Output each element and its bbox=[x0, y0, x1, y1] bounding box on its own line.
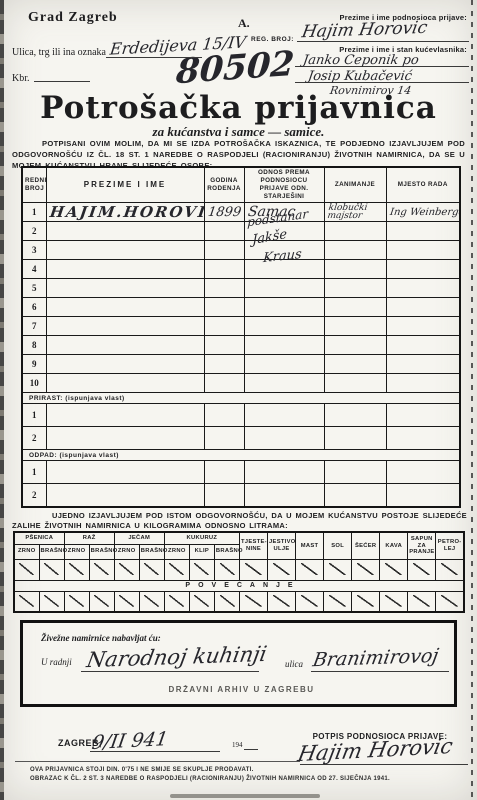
shop-value-handwritten: Narodnoj kuhinji bbox=[85, 642, 269, 672]
person-cell-year bbox=[204, 241, 244, 260]
person-cell-workplace bbox=[386, 298, 460, 317]
stock-slash-cell bbox=[89, 559, 114, 580]
person-row: 2 bbox=[22, 222, 460, 241]
person-cell-year: 1899 bbox=[204, 203, 244, 222]
year-underline bbox=[244, 749, 258, 750]
stock-slash-cell bbox=[164, 559, 189, 580]
house-number-label: Kbr. bbox=[12, 73, 30, 84]
supplies-single-header: ŠEĆER bbox=[352, 532, 380, 559]
person-cell-relation bbox=[244, 279, 324, 298]
stock-slash-cell bbox=[296, 591, 324, 612]
supplies-group-header: PŠENICA bbox=[14, 532, 64, 544]
shop-street-handwritten: Branimirovoj bbox=[311, 645, 440, 672]
odpad-empty-cell bbox=[324, 484, 386, 507]
footer-divider bbox=[15, 761, 300, 762]
col-header-redni-broj: REDNI BROJ bbox=[22, 167, 46, 203]
stock-slash-cell bbox=[408, 591, 436, 612]
person-cell-workplace bbox=[386, 317, 460, 336]
person-year-handwritten: 1899 bbox=[206, 205, 241, 220]
supplies-group-header: JEČAM bbox=[114, 532, 164, 544]
person-cell-relation bbox=[244, 374, 324, 393]
supplies-group-header: KUKURUZ bbox=[164, 532, 239, 544]
person-cell-year bbox=[204, 222, 244, 241]
person-cell-name bbox=[46, 336, 204, 355]
odpad-empty-cell bbox=[244, 461, 324, 484]
landlord-line2-handwritten: Josip Kubačević bbox=[307, 69, 413, 84]
supplies-sub-header: BRAŠNO bbox=[89, 544, 114, 559]
person-workplace-handwritten: Ing Weinberger bbox=[389, 207, 460, 218]
stock-slash-cell bbox=[352, 591, 380, 612]
person-cell-year bbox=[204, 336, 244, 355]
odpad-empty-cell bbox=[46, 461, 204, 484]
stock-slash-cell bbox=[268, 591, 296, 612]
person-cell-occupation bbox=[324, 355, 386, 374]
odpad-empty-cell bbox=[244, 484, 324, 507]
purchase-box: Živežne namirnice nabavljat ću: U radnji… bbox=[20, 620, 457, 707]
fine-print-line1: OVA PRIJAVNICA STOJI DIN. 0'75 I NE SMIJ… bbox=[30, 767, 254, 773]
supplies-single-header: SOL bbox=[324, 532, 352, 559]
supplies-stock-row bbox=[14, 559, 464, 580]
prirast-empty-cell bbox=[46, 404, 204, 427]
stock-slash-cell bbox=[39, 559, 64, 580]
prirast-empty-cell bbox=[386, 404, 460, 427]
stock-slash-cell bbox=[408, 559, 436, 580]
prirast-empty-cell bbox=[386, 427, 460, 450]
supplies-sub-header: BRAŠNO bbox=[139, 544, 164, 559]
person-cell-name bbox=[46, 260, 204, 279]
person-row-number: 10 bbox=[22, 374, 46, 393]
odpad-empty-cell bbox=[204, 484, 244, 507]
stock-slash-cell bbox=[64, 591, 89, 612]
person-row-number: 7 bbox=[22, 317, 46, 336]
person-cell-occupation: klobučki majstor bbox=[324, 203, 386, 222]
supplies-group-header-row: PŠENICARAŽJEČAMKUKURUZTJESTE- NINEJESTIV… bbox=[14, 532, 464, 544]
prirast-row: 2 bbox=[22, 427, 460, 450]
scanned-form-page: Grad Zagreb A. REG. BROJ: 80502 Ulica, t… bbox=[0, 0, 477, 800]
stock-slash-cell bbox=[114, 591, 139, 612]
stock-slash-cell bbox=[296, 559, 324, 580]
stock-slash-cell bbox=[324, 591, 352, 612]
person-row-number: 9 bbox=[22, 355, 46, 374]
shop-street-underline bbox=[311, 671, 449, 672]
persons-header-row: REDNI BROJ PREZIME I IME GODINA RODENJA … bbox=[22, 167, 460, 203]
col-header-prezime-ime: PREZIME I IME bbox=[46, 167, 204, 203]
supplies-single-header: MAST bbox=[296, 532, 324, 559]
person-cell-occupation bbox=[324, 374, 386, 393]
person-row: 9 bbox=[22, 355, 460, 374]
person-cell-occupation bbox=[324, 279, 386, 298]
person-cell-year bbox=[204, 279, 244, 298]
col-header-mjesto-rada: MJESTO RADA bbox=[386, 167, 460, 203]
odpad-empty-cell bbox=[46, 484, 204, 507]
person-row: 6 bbox=[22, 298, 460, 317]
person-cell-workplace bbox=[386, 241, 460, 260]
person-row: 4 bbox=[22, 260, 460, 279]
person-cell-name bbox=[46, 374, 204, 393]
person-row: 8 bbox=[22, 336, 460, 355]
person-cell-occupation bbox=[324, 336, 386, 355]
stock-slash-cell bbox=[114, 559, 139, 580]
person-cell-relation bbox=[244, 336, 324, 355]
stock-slash-cell bbox=[380, 559, 408, 580]
prirast-empty-cell bbox=[324, 404, 386, 427]
povecanje-row: POVEĆANJE bbox=[14, 580, 464, 591]
stock-slash-cell bbox=[89, 591, 114, 612]
fine-print-line2: OBRAZAC K ČL. 2 ST. 3 NAREDBE O RASPODJE… bbox=[30, 776, 390, 782]
person-cell-occupation bbox=[324, 317, 386, 336]
street-label: Ulica, trg ili ina oznaka bbox=[12, 47, 106, 58]
supplies-sub-header: BRAŠNO bbox=[39, 544, 64, 559]
supplies-single-header: JESTIVO ULJE bbox=[268, 532, 296, 559]
person-row-number: 4 bbox=[22, 260, 46, 279]
person-cell-workplace bbox=[386, 222, 460, 241]
stock-slash-cell bbox=[352, 559, 380, 580]
person-cell-name bbox=[46, 317, 204, 336]
person-name-handwritten: HAJIM.HOROVIC bbox=[48, 203, 204, 221]
odpad-empty-cell bbox=[386, 484, 460, 507]
person-row: 3 bbox=[22, 241, 460, 260]
supplies-table: PŠENICARAŽJEČAMKUKURUZTJESTE- NINEJESTIV… bbox=[13, 531, 465, 613]
supplies-sub-header: BRAŠNO bbox=[214, 544, 239, 559]
stock-slash-cell bbox=[189, 559, 214, 580]
supplies-increase-row bbox=[14, 591, 464, 612]
supplies-single-header: PETRO- LEJ bbox=[436, 532, 464, 559]
person-cell-relation bbox=[244, 317, 324, 336]
prirast-band-label: PRIRAST: (ispunjava vlast) bbox=[22, 393, 460, 404]
person-cell-name bbox=[46, 355, 204, 374]
form-title: Potrošačka prijavnica bbox=[0, 90, 477, 126]
stock-slash-cell bbox=[64, 559, 89, 580]
prirast-empty-cell bbox=[244, 427, 324, 450]
person-occupation-handwritten: klobučki majstor bbox=[326, 204, 383, 220]
odpad-row: 2 bbox=[22, 484, 460, 507]
person-row-number: 2 bbox=[22, 222, 46, 241]
stock-slash-cell bbox=[39, 591, 64, 612]
prirast-band: PRIRAST: (ispunjava vlast) bbox=[22, 393, 460, 404]
person-cell-workplace bbox=[386, 260, 460, 279]
supplies-single-header: SAPUN ZA PRANJE bbox=[408, 532, 436, 559]
date-handwritten: 9/II 941 bbox=[90, 728, 169, 754]
supplies-sub-header: ZRNO bbox=[64, 544, 89, 559]
col-header-godina: GODINA RODENJA bbox=[204, 167, 244, 203]
house-number-underline bbox=[34, 81, 90, 82]
odpad-row: 1 bbox=[22, 461, 460, 484]
applicant-name-handwritten: Hajim Horovic bbox=[300, 18, 429, 43]
povecanje-band-label: POVEĆANJE bbox=[14, 580, 464, 591]
supplies-declaration: UJEDNO IZJAVLJUJEM POD ISTOM ODGOVORNOŠĆ… bbox=[12, 511, 467, 531]
landlord-line1-handwritten: Janko Ceponik po bbox=[302, 53, 420, 68]
person-cell-workplace bbox=[386, 374, 460, 393]
prirast-row: 1 bbox=[22, 404, 460, 427]
persons-table: REDNI BROJ PREZIME I IME GODINA RODENJA … bbox=[21, 166, 461, 508]
person-row: 1HAJIM.HOROVIC1899Samacklobučki majstorI… bbox=[22, 203, 460, 222]
ulica-label: ulica bbox=[285, 659, 303, 669]
stock-slash-cell bbox=[268, 559, 296, 580]
col-header-zanimanje: ZANIMANJE bbox=[324, 167, 386, 203]
col-header-odnos: ODNOS PREMA PODNOSIOCU PRIJAVE ODN. STAR… bbox=[244, 167, 324, 203]
odpad-row-number: 1 bbox=[22, 461, 46, 484]
reg-number-label: REG. BROJ: bbox=[251, 36, 294, 43]
stock-slash-cell bbox=[189, 591, 214, 612]
person-cell-name bbox=[46, 298, 204, 317]
odpad-empty-cell bbox=[204, 461, 244, 484]
person-cell-workplace bbox=[386, 336, 460, 355]
person-cell-year bbox=[204, 298, 244, 317]
stock-slash-cell bbox=[14, 591, 39, 612]
person-cell-year bbox=[204, 355, 244, 374]
supplies-sub-header: ZRNO bbox=[164, 544, 189, 559]
person-cell-occupation bbox=[324, 241, 386, 260]
u-radnji-label: U radnji bbox=[41, 657, 72, 667]
year-prefix: 194 bbox=[232, 741, 243, 749]
person-cell-year bbox=[204, 374, 244, 393]
person-cell-workplace: Ing Weinberger bbox=[386, 203, 460, 222]
person-cell-workplace bbox=[386, 355, 460, 374]
stock-slash-cell bbox=[239, 591, 267, 612]
person-row: 7 bbox=[22, 317, 460, 336]
person-row-number: 5 bbox=[22, 279, 46, 298]
supplies-single-header: KAVA bbox=[380, 532, 408, 559]
person-cell-workplace bbox=[386, 279, 460, 298]
prirast-empty-cell bbox=[46, 427, 204, 450]
person-row: 10 bbox=[22, 374, 460, 393]
person-cell-relation bbox=[244, 298, 324, 317]
supplies-group-header: RAŽ bbox=[64, 532, 114, 544]
supplies-single-header: TJESTE- NINE bbox=[239, 532, 267, 559]
supplies-sub-header: ZRNO bbox=[114, 544, 139, 559]
stock-slash-cell bbox=[164, 591, 189, 612]
supplies-sub-header: KLIP bbox=[189, 544, 214, 559]
odpad-band: ODPAD: (ispunjava vlast) bbox=[22, 450, 460, 461]
scan-smudge bbox=[170, 794, 320, 798]
person-cell-name bbox=[46, 241, 204, 260]
stock-slash-cell bbox=[214, 559, 239, 580]
stock-slash-cell bbox=[436, 591, 464, 612]
person-cell-name: HAJIM.HOROVIC bbox=[46, 203, 204, 222]
archive-stamp: DRŽAVNI ARHIV U ZAGREBU bbox=[23, 685, 460, 694]
person-cell-year bbox=[204, 260, 244, 279]
person-row: 5 bbox=[22, 279, 460, 298]
person-cell-year bbox=[204, 317, 244, 336]
person-cell-occupation bbox=[324, 298, 386, 317]
person-cell-relation bbox=[244, 355, 324, 374]
person-cell-name bbox=[46, 222, 204, 241]
person-cell-name bbox=[46, 279, 204, 298]
city-title: Grad Zagreb bbox=[28, 10, 118, 26]
person-cell-occupation bbox=[324, 222, 386, 241]
odpad-empty-cell bbox=[324, 461, 386, 484]
prirast-empty-cell bbox=[324, 427, 386, 450]
stock-slash-cell bbox=[14, 559, 39, 580]
odpad-row-number: 2 bbox=[22, 484, 46, 507]
prirast-row-number: 1 bbox=[22, 404, 46, 427]
stock-slash-cell bbox=[239, 559, 267, 580]
person-cell-occupation bbox=[324, 260, 386, 279]
stock-slash-cell bbox=[214, 591, 239, 612]
person-row-number: 3 bbox=[22, 241, 46, 260]
stock-slash-cell bbox=[139, 559, 164, 580]
supplies-sub-header: ZRNO bbox=[14, 544, 39, 559]
form-section-letter: A. bbox=[238, 16, 250, 31]
odpad-band-label: ODPAD: (ispunjava vlast) bbox=[22, 450, 460, 461]
prirast-empty-cell bbox=[204, 404, 244, 427]
prirast-empty-cell bbox=[204, 427, 244, 450]
person-row-number: 1 bbox=[22, 203, 46, 222]
person-row-number: 6 bbox=[22, 298, 46, 317]
purchase-intro: Živežne namirnice nabavljat ću: bbox=[41, 633, 161, 643]
stock-slash-cell bbox=[436, 559, 464, 580]
prirast-row-number: 2 bbox=[22, 427, 46, 450]
odpad-empty-cell bbox=[386, 461, 460, 484]
prirast-empty-cell bbox=[244, 404, 324, 427]
stock-slash-cell bbox=[380, 591, 408, 612]
stock-slash-cell bbox=[324, 559, 352, 580]
person-row-number: 8 bbox=[22, 336, 46, 355]
stock-slash-cell bbox=[139, 591, 164, 612]
